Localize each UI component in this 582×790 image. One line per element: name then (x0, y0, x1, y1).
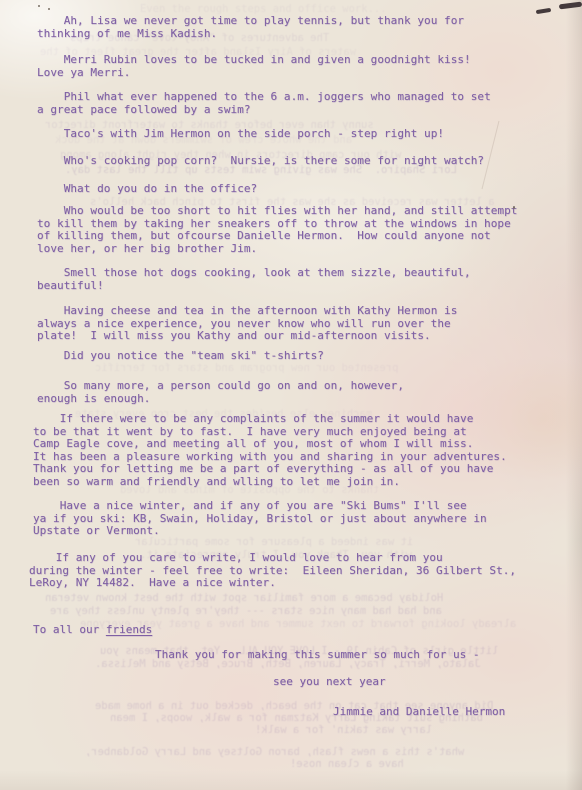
letter-paragraph: So many more, a person could go on and o… (37, 380, 577, 405)
letter-paragraph: Who's cooking pop corn? Nursie, is there… (37, 155, 577, 168)
letter-page: Even the rough steps and office work... … (0, 0, 582, 790)
pen-mark (559, 2, 582, 10)
salutation-underlined-word: friends (106, 623, 152, 636)
letter-paragraph: Smell those hot dogs cooking, look at th… (37, 267, 577, 292)
bleedthrough-line: it was indeed a pleasure for some partic… (135, 536, 413, 548)
letter-paragraph: What do you do in the office? (37, 183, 577, 196)
letter-paragraph: Phil what ever happened to the 6 a.m. jo… (37, 91, 577, 116)
signature-line: Jimmie and Danielle Hermon (333, 706, 505, 719)
letter-paragraph: Having cheese and tea in the afternoon w… (37, 305, 577, 343)
letter-paragraph: If there were to be any complaints of th… (33, 413, 573, 488)
bleedthrough-line: Holiday became a more familiar spot with… (45, 592, 443, 604)
bleedthrough-line: and had had many nice stars --- they're … (50, 605, 442, 617)
letter-paragraph: Who would be too short to hit flies with… (37, 205, 577, 255)
paper-speckle (513, 206, 515, 209)
letter-paragraph: Did you notice the "team ski" t-shirts? (37, 350, 577, 363)
closing-line: Thank you for making this summer so much… (155, 649, 480, 662)
letter-paragraph: Merri Rubin loves to be tucked in and gi… (37, 54, 577, 79)
letter-paragraph: Have a nice winter, and if any of you ar… (33, 500, 573, 538)
paper-speckle (38, 5, 40, 7)
letter-paragraph: Ah, Lisa we never got time to play tenni… (37, 15, 577, 40)
salutation-prefix: To all our (33, 623, 106, 636)
bleedthrough-line: what's this a news flash, baron Goltsey … (85, 746, 464, 758)
pen-mark (536, 8, 551, 14)
closing-line: see you next year (273, 676, 386, 689)
closing-salutation: To all our friends (33, 624, 152, 637)
bleedthrough-line: presented our new program and stars for … (95, 362, 398, 374)
bleedthrough-line: have a clean nose! (290, 758, 404, 770)
paper-speckle (48, 8, 50, 10)
bleedthrough-line: larry was takin' for a walk! (255, 724, 432, 736)
letter-paragraph: If any of you care to write, I would lov… (29, 552, 569, 590)
